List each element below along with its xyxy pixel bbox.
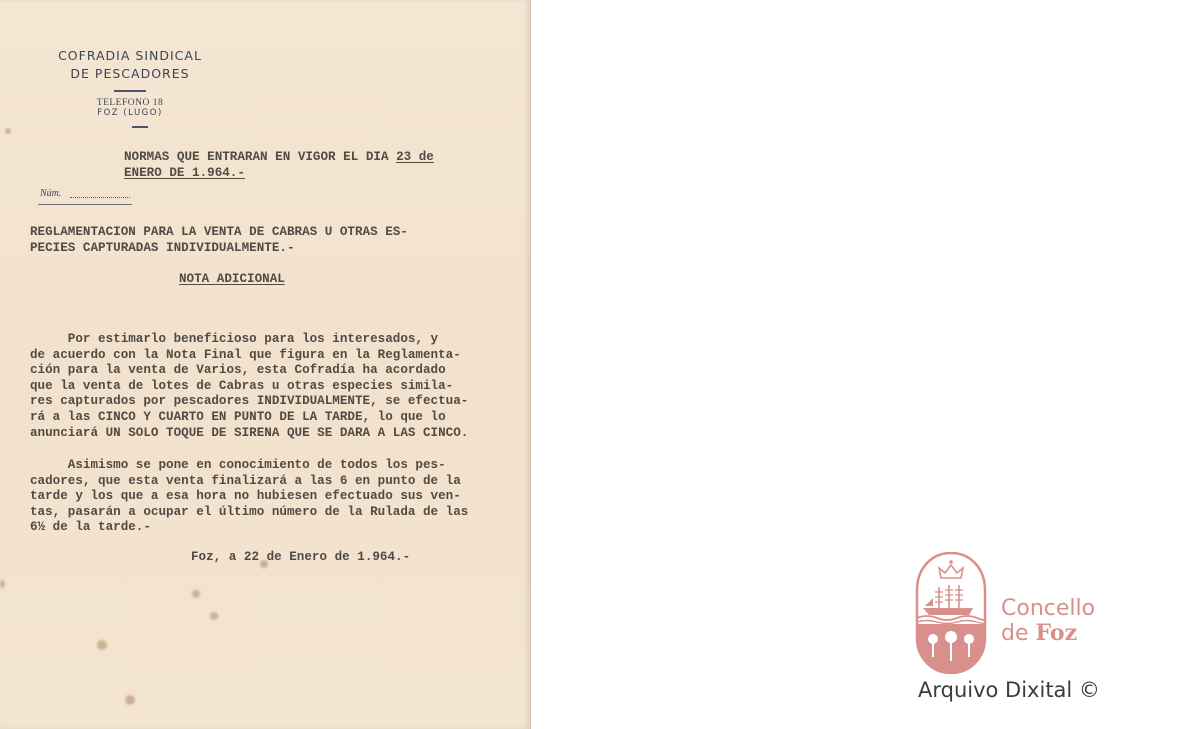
divider [38,204,132,205]
text-line: Asimismo se pone en conocimiento de todo… [30,458,446,472]
telephone: TELEFONO 18 [80,98,180,108]
archive-caption: Arquivo Dixital © [918,678,1100,702]
paragraph-1: Por estimarlo beneficioso para los inter… [30,332,468,441]
org-name-line2: DE PESCADORES [40,65,220,83]
title-date-line2: ENERO DE 1.964.- [124,166,245,180]
location: FOZ (LUGO) [80,108,180,118]
paragraph-2: Asimismo se pone en conocimiento de todo… [30,458,468,536]
text-line: de acuerdo con la Nota Final que figura … [30,348,461,362]
org-line2: de Foz [1001,621,1095,646]
stain [125,695,135,705]
text-line: anunciará UN SOLO TOQUE DE SIRENA QUE SE… [30,426,468,440]
text-line: ción para la venta de Varios, esta Cofra… [30,363,446,377]
organization-name: Concello de Foz [1001,597,1095,646]
document-title: NORMAS QUE ENTRARAN EN VIGOR EL DIA 23 d… [124,150,434,181]
text-line: 6½ de la tarde.- [30,520,151,534]
text-line: rá a las CINCO Y CUARTO EN PUNTO DE LA T… [30,410,446,424]
title-text: NORMAS QUE ENTRARAN EN VIGOR EL DIA [124,150,396,164]
reference-number-label: Núm. [40,188,61,199]
stain [192,590,200,598]
scanned-document-page: COFRADIA SINDICAL DE PESCADORES TELEFONO… [0,0,531,729]
text-line: res capturados por pescadores INDIVIDUAL… [30,394,468,408]
signoff-date: Foz, a 22 de Enero de 1.964.- [191,550,410,566]
text-line: tarde y los que a esa hora no hubiesen e… [30,489,461,503]
text-line: cadores, que esta venta finalizará a las… [30,474,461,488]
org-line2-prefix: de [1001,621,1036,646]
reference-number-field [70,197,130,198]
stain [5,128,11,134]
subject-line: PECIES CAPTURADAS INDIVIDUALMENTE.- [30,241,295,255]
document-subject: REGLAMENTACION PARA LA VENTA DE CABRAS U… [30,225,408,256]
org-line1: Concello [1001,597,1095,621]
letterhead: COFRADIA SINDICAL DE PESCADORES TELEFONO… [40,47,220,128]
stain [97,640,107,650]
text-line: Por estimarlo beneficioso para los inter… [30,332,438,346]
divider [132,126,148,128]
subject-line: REGLAMENTACION PARA LA VENTA DE CABRAS U… [30,225,408,239]
text-line: tas, pasarán a ocupar el último número d… [30,505,468,519]
section-heading: NOTA ADICIONAL [179,272,285,288]
concello-de-foz-crest-icon [915,552,987,674]
stain [210,612,218,620]
stain [0,580,5,588]
divider [114,90,146,92]
title-date: 23 de [396,150,434,164]
org-line2-bold: Foz [1036,620,1078,646]
text-line: que la venta de lotes de Cabras u otras … [30,379,453,393]
org-name-line1: COFRADIA SINDICAL [40,47,220,65]
